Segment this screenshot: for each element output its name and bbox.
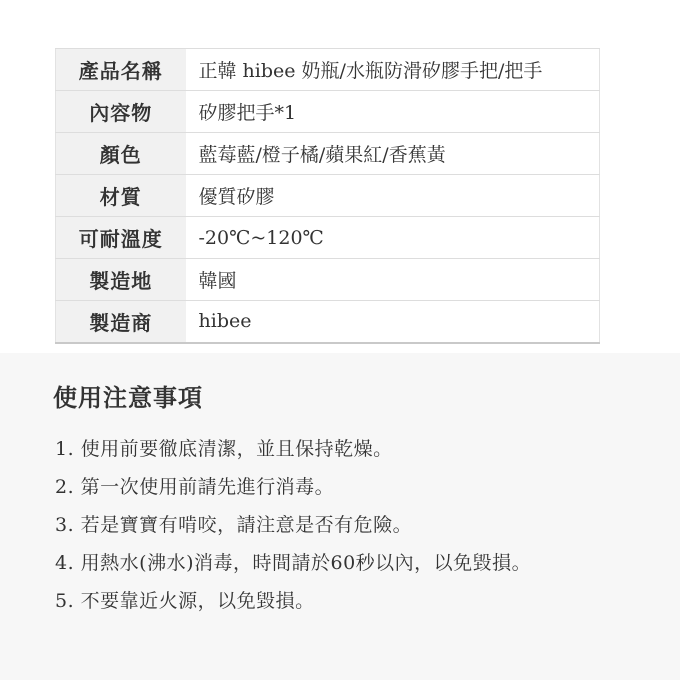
usage-notes-heading: 使用注意事項 xyxy=(53,378,650,413)
table-row: 顏色 藍莓藍/橙子橘/蘋果紅/香蕉黃 xyxy=(56,133,600,175)
spec-label: 顏色 xyxy=(56,133,186,175)
spec-label: 產品名稱 xyxy=(56,49,186,91)
spec-label: 內容物 xyxy=(56,91,186,133)
spec-value: 藍莓藍/橙子橘/蘋果紅/香蕉黃 xyxy=(186,133,600,175)
note-item: 3. 若是寶寶有啃咬，請注意是否有危險。 xyxy=(55,513,650,538)
note-item: 5. 不要靠近火源，以免毀損。 xyxy=(55,589,650,614)
table-row: 製造商 hibee xyxy=(56,301,600,343)
spec-label: 製造商 xyxy=(56,301,186,343)
spec-value: -20℃~120℃ xyxy=(186,217,600,259)
product-spec-table-body: 產品名稱 正韓 hibee 奶瓶/水瓶防滑矽膠手把/把手 內容物 矽膠把手*1 … xyxy=(56,49,600,343)
usage-notes-section: 使用注意事項 1. 使用前要徹底清潔，並且保持乾燥。 2. 第一次使用前請先進行… xyxy=(0,353,680,680)
table-row: 內容物 矽膠把手*1 xyxy=(56,91,600,133)
spec-value: 正韓 hibee 奶瓶/水瓶防滑矽膠手把/把手 xyxy=(186,49,600,91)
product-spec-table: 產品名稱 正韓 hibee 奶瓶/水瓶防滑矽膠手把/把手 內容物 矽膠把手*1 … xyxy=(55,48,600,344)
spec-label: 可耐溫度 xyxy=(56,217,186,259)
spec-value: 韓國 xyxy=(186,259,600,301)
note-item: 1. 使用前要徹底清潔，並且保持乾燥。 xyxy=(55,437,650,462)
spec-value: 矽膠把手*1 xyxy=(186,91,600,133)
spec-label: 材質 xyxy=(56,175,186,217)
table-row: 製造地 韓國 xyxy=(56,259,600,301)
table-row: 材質 優質矽膠 xyxy=(56,175,600,217)
table-row: 產品名稱 正韓 hibee 奶瓶/水瓶防滑矽膠手把/把手 xyxy=(56,49,600,91)
note-item: 4. 用熱水(沸水)消毒，時間請於60秒以內，以免毀損。 xyxy=(55,551,650,576)
spec-value: 優質矽膠 xyxy=(186,175,600,217)
table-row: 可耐溫度 -20℃~120℃ xyxy=(56,217,600,259)
spec-value: hibee xyxy=(186,301,600,343)
spec-label: 製造地 xyxy=(56,259,186,301)
note-item: 2. 第一次使用前請先進行消毒。 xyxy=(55,475,650,500)
